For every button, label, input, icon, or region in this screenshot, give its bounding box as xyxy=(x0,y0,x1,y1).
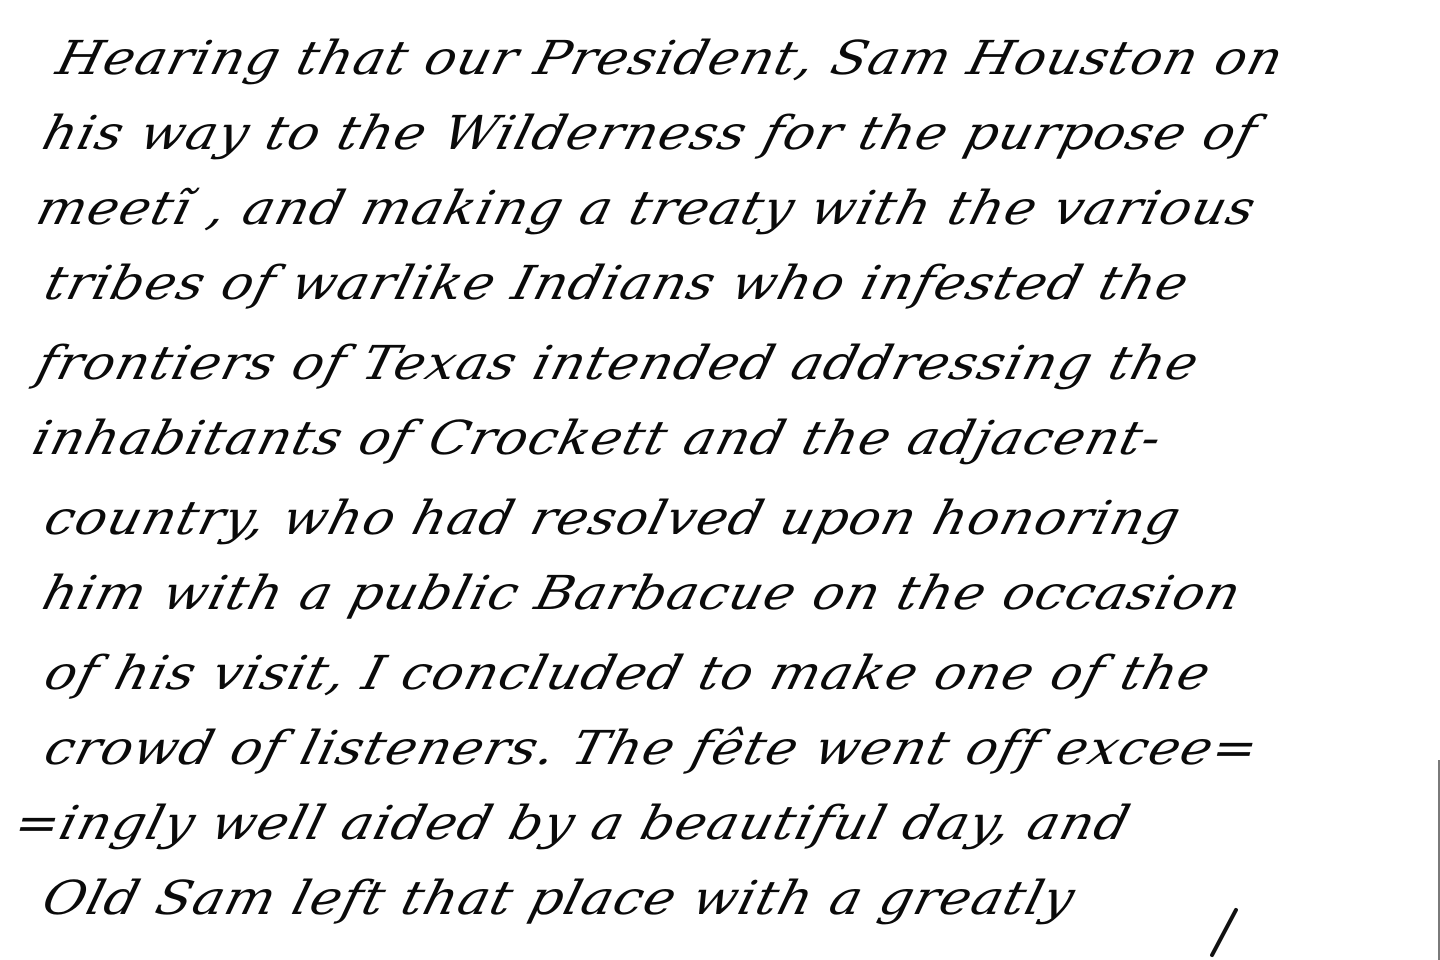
descender-stroke xyxy=(1209,907,1238,957)
manuscript-line-6: inhabitants of Crockett and the adjacent… xyxy=(28,415,1167,462)
manuscript-line-11: =ingly well aided by a beautiful day, an… xyxy=(10,800,1135,847)
manuscript-line-10: crowd of listeners. The fête went off ex… xyxy=(40,725,1263,772)
manuscript-line-12: Old Sam left that place with a greatly xyxy=(38,875,1080,922)
manuscript-line-2: his way to the Wilderness for the purpos… xyxy=(38,110,1262,157)
manuscript-line-8: him with a public Barbacue on the occasi… xyxy=(38,570,1246,617)
manuscript-line-3: meetĩ , and making a treaty with the va… xyxy=(32,185,1261,232)
manuscript-line-7: country, who had resolved upon honoring xyxy=(40,495,1186,542)
manuscript-line-1: Hearing that our President, Sam Houston … xyxy=(52,35,1288,82)
manuscript-line-4: tribes of warlike Indians who infested t… xyxy=(40,260,1194,307)
manuscript-line-5: frontiers of Texas intended addressing t… xyxy=(32,340,1204,387)
manuscript-page: Hearing that our President, Sam Houston … xyxy=(0,0,1440,960)
manuscript-line-9: of his visit, I concluded to make one of… xyxy=(40,650,1216,697)
